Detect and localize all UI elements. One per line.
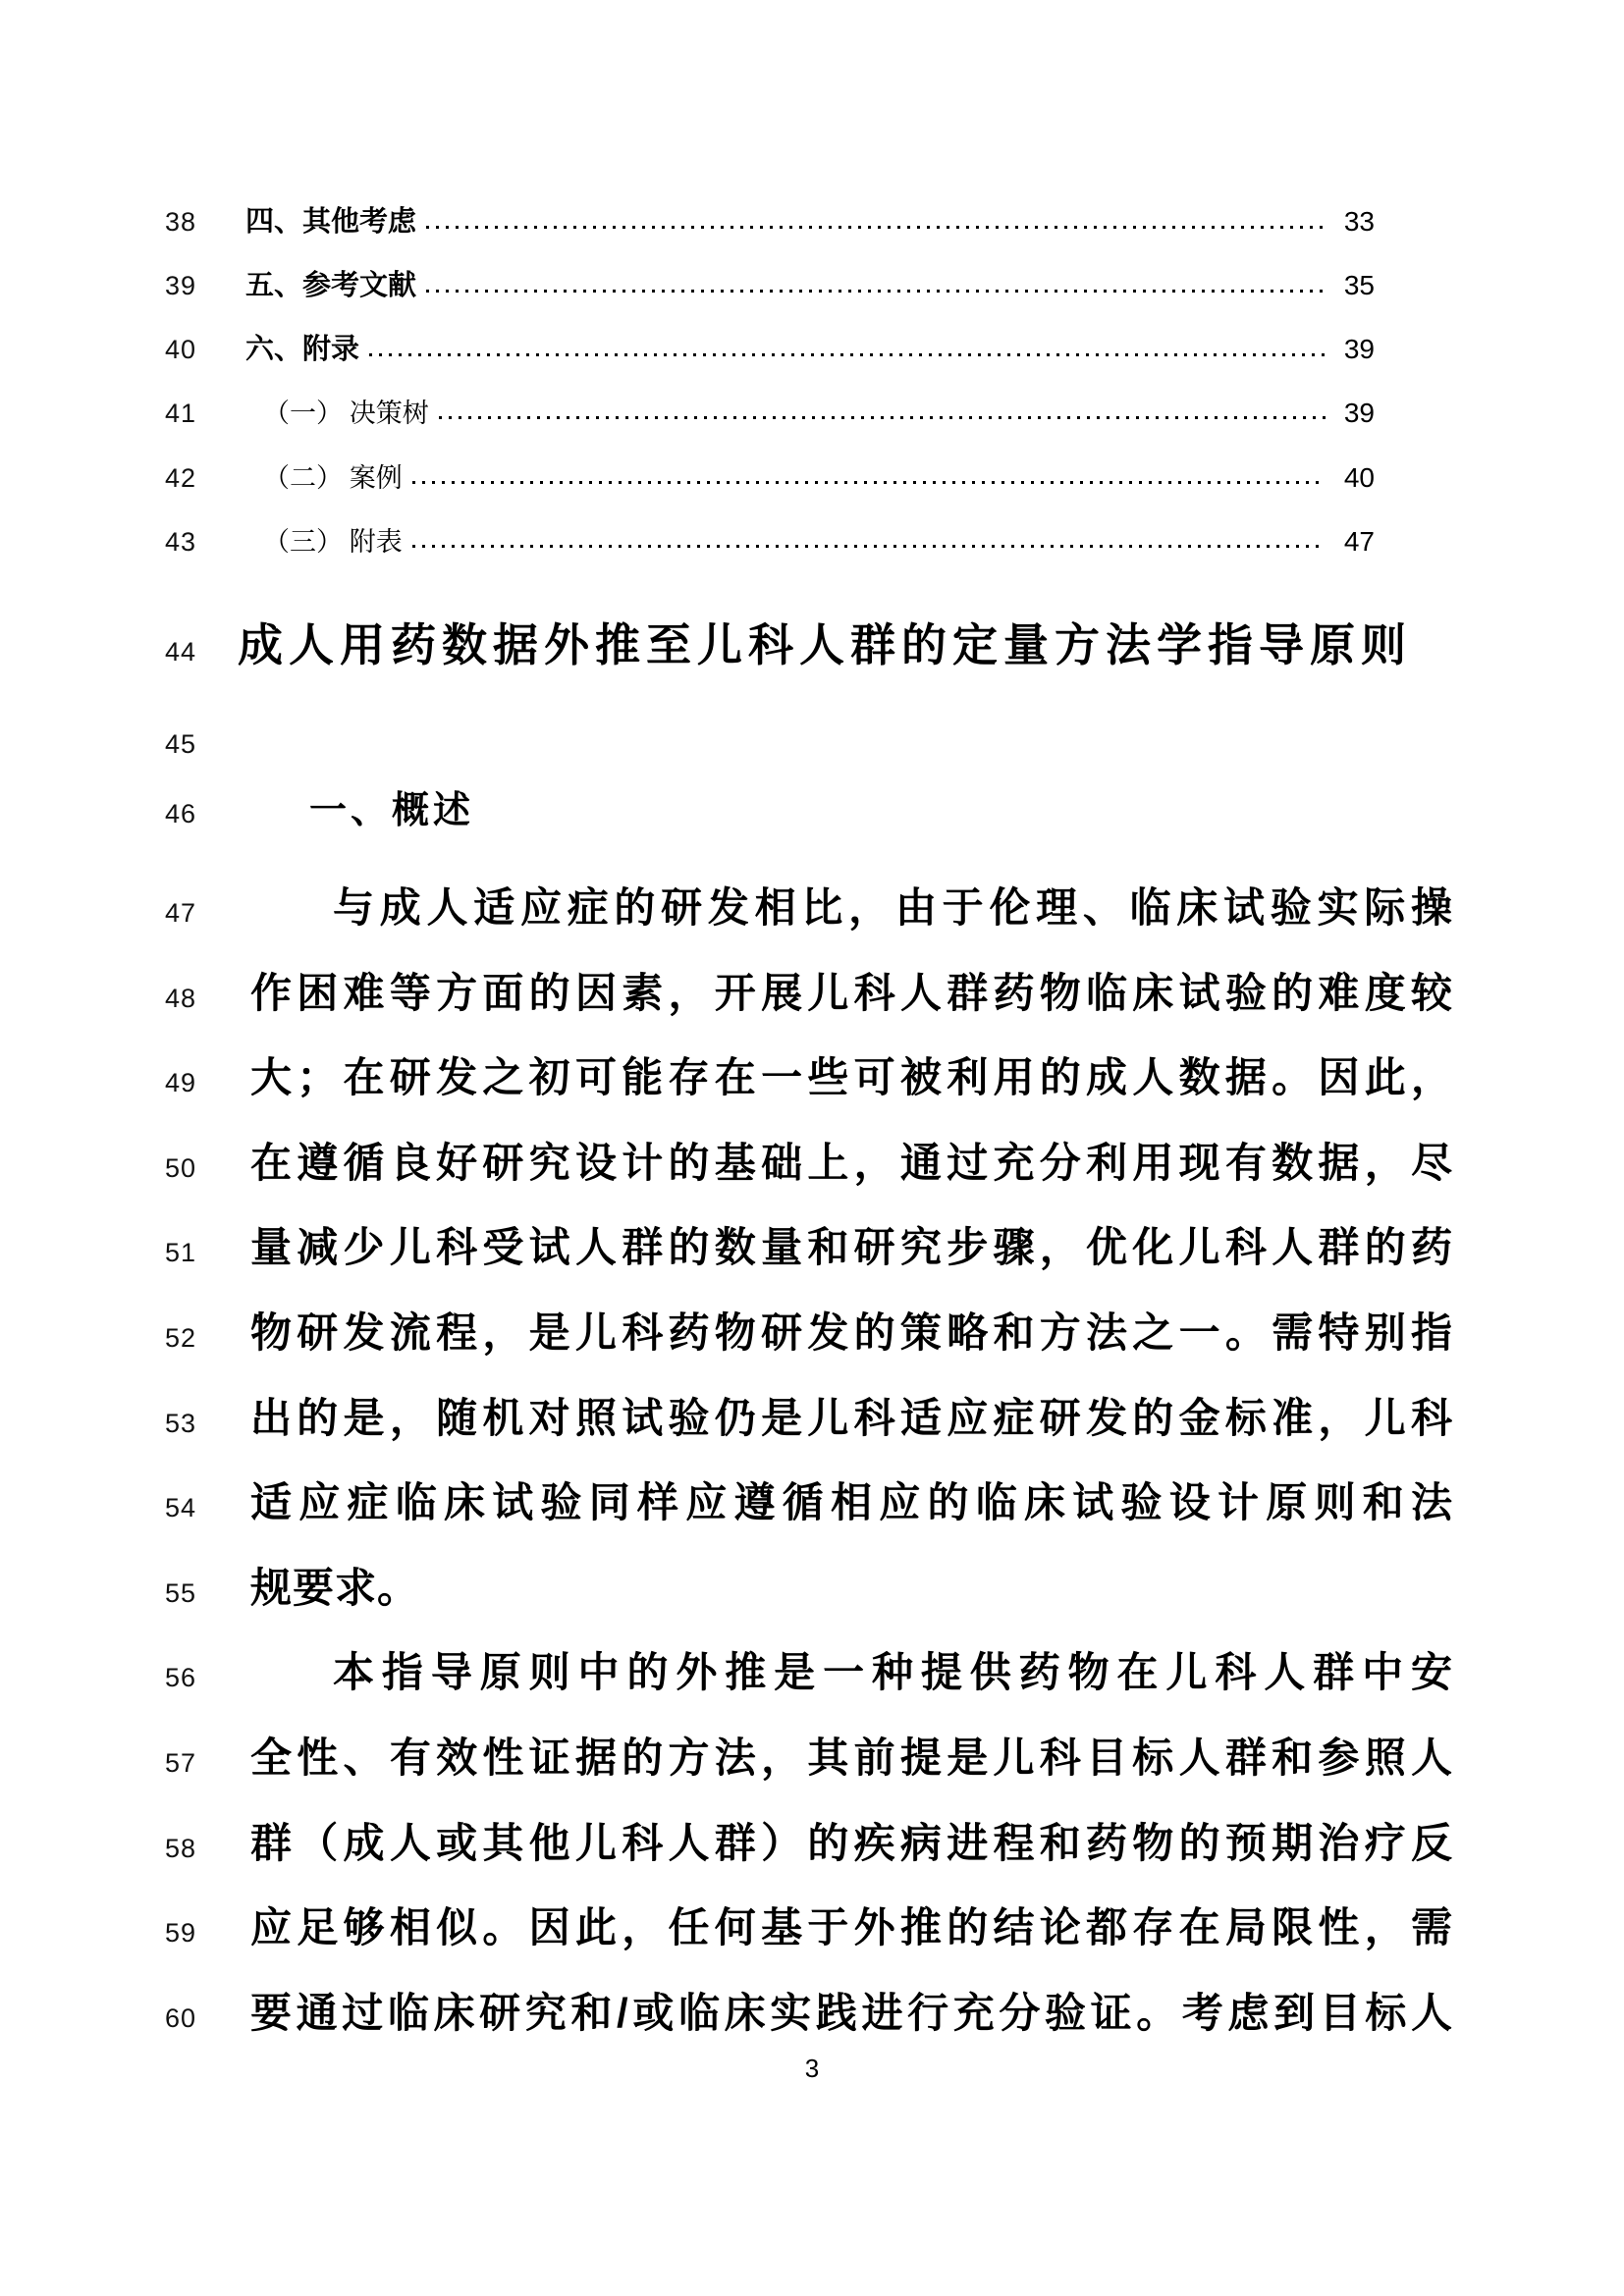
body-text-line: 出的是，随机对照试验仍是儿科适应症研发的金标准，儿科 [250, 1396, 1453, 1440]
body-text-line: 在遵循良好研究设计的基础上，通过充分利用现有数据，尽 [250, 1141, 1453, 1185]
line-number: 56 [88, 1664, 196, 1692]
line-number: 42 [88, 464, 196, 493]
toc-item-label[interactable]: 四、其他考虑 [245, 207, 416, 238]
line-number: 49 [88, 1069, 196, 1097]
body-text-line: 大；在研发之初可能存在一些可被利用的成人数据。因此， [250, 1055, 1453, 1099]
toc-page-number[interactable]: 39 [1333, 399, 1375, 428]
body-text-line: 群（成人或其他儿科人群）的疾病进程和药物的预期治疗反 [250, 1821, 1453, 1865]
line-number: 43 [88, 528, 196, 557]
toc-row: 42 （二） 案例 40 [88, 463, 1375, 493]
line-number: 48 [88, 985, 196, 1013]
line-number: 57 [88, 1749, 196, 1778]
toc-subitem-label[interactable]: （一） 决策树 [263, 400, 429, 428]
toc-page-number[interactable]: 35 [1333, 271, 1375, 300]
body-line-row: 51 量减少儿科受试人群的数量和研究步骤，优化儿科人群的药 [88, 1225, 1453, 1269]
line-number: 54 [88, 1494, 196, 1522]
line-number: 55 [88, 1579, 196, 1608]
body-line-row: 53 出的是，随机对照试验仍是儿科适应症研发的金标准，儿科 [88, 1396, 1453, 1440]
body-text-line: 规要求。 [250, 1566, 1453, 1610]
line-number: 59 [88, 1919, 196, 1948]
body-text-line: 本指导原则中的外推是一种提供药物在儿科人群中安 [250, 1650, 1453, 1694]
body-line-row: 55 规要求。 [88, 1566, 1453, 1610]
blank-line-row: 45 [88, 730, 196, 759]
line-number: 52 [88, 1324, 196, 1353]
body-line-row: 49 大；在研发之初可能存在一些可被利用的成人数据。因此， [88, 1055, 1453, 1099]
toc-dot-leader [412, 544, 1326, 548]
toc-subitem-label[interactable]: （三） 附表 [263, 528, 403, 557]
body-line-row: 48 作困难等方面的因素，开展儿科人群药物临床试验的难度较 [88, 971, 1453, 1015]
toc-dot-leader [412, 480, 1326, 484]
line-number: 53 [88, 1410, 196, 1438]
line-number: 41 [88, 400, 196, 428]
toc-page-number[interactable]: 47 [1333, 527, 1375, 557]
body-line-row: 50 在遵循良好研究设计的基础上，通过充分利用现有数据，尽 [88, 1141, 1453, 1185]
heading-row: 46 一、概述 [88, 791, 1453, 831]
line-number: 45 [88, 730, 196, 759]
document-title: 成人用药数据外推至儿科人群的定量方法学指导原则 [196, 621, 1453, 670]
line-number: 60 [88, 2004, 196, 2033]
section-heading: 一、概述 [309, 791, 474, 831]
toc-row: 38 四、其他考虑 33 [88, 207, 1375, 238]
body-line-row: 58 群（成人或其他儿科人群）的疾病进程和药物的预期治疗反 [88, 1821, 1453, 1865]
body-text-line: 与成人适应症的研发相比，由于伦理、临床试验实际操 [250, 885, 1453, 930]
body-text-line: 适应症临床试验同样应遵循相应的临床试验设计原则和法 [250, 1480, 1453, 1524]
body-text-line: 全性、有效性证据的方法，其前提是儿科目标人群和参照人 [250, 1735, 1453, 1780]
toc-row: 39 五、参考文献 35 [88, 271, 1375, 301]
line-number: 38 [88, 208, 196, 237]
line-number: 50 [88, 1154, 196, 1183]
toc-row: 43 （三） 附表 47 [88, 527, 1375, 557]
line-number: 46 [88, 800, 196, 828]
body-text-line: 要通过临床研究和/或临床实践进行充分验证。考虑到目标人 [250, 1991, 1453, 2035]
toc-page-number[interactable]: 39 [1333, 335, 1375, 364]
footer-page-number: 3 [0, 2054, 1624, 2084]
body-line-row: 60 要通过临床研究和/或临床实践进行充分验证。考虑到目标人 [88, 1991, 1453, 2035]
body-text-line: 物研发流程，是儿科药物研发的策略和方法之一。需特别指 [250, 1310, 1453, 1355]
title-row: 44 成人用药数据外推至儿科人群的定量方法学指导原则 [88, 621, 1453, 670]
toc-dot-leader [439, 415, 1326, 419]
toc-item-label[interactable]: 六、附录 [245, 335, 359, 365]
body-line-row: 47 与成人适应症的研发相比，由于伦理、临床试验实际操 [88, 885, 1453, 930]
line-number: 58 [88, 1835, 196, 1863]
body-line-row: 59 应足够相似。因此，任何基于外推的结论都存在局限性，需 [88, 1905, 1453, 1949]
document-page: 38 四、其他考虑 33 39 五、参考文献 35 40 六、附录 39 41 … [0, 0, 1624, 2296]
body-line-row: 52 物研发流程，是儿科药物研发的策略和方法之一。需特别指 [88, 1310, 1453, 1355]
body-line-row: 56 本指导原则中的外推是一种提供药物在儿科人群中安 [88, 1650, 1453, 1694]
line-number: 47 [88, 899, 196, 928]
toc-page-number[interactable]: 33 [1333, 207, 1375, 237]
body-line-row: 57 全性、有效性证据的方法，其前提是儿科目标人群和参照人 [88, 1735, 1453, 1780]
body-text-line: 量减少儿科受试人群的数量和研究步骤，优化儿科人群的药 [250, 1225, 1453, 1269]
toc-dot-leader [369, 352, 1326, 356]
body-text-line: 应足够相似。因此，任何基于外推的结论都存在局限性，需 [250, 1905, 1453, 1949]
toc-page-number[interactable]: 40 [1333, 463, 1375, 493]
toc-row: 41 （一） 决策树 39 [88, 399, 1375, 428]
toc-dot-leader [426, 289, 1326, 293]
line-number: 39 [88, 272, 196, 300]
toc-dot-leader [426, 225, 1326, 229]
line-number: 40 [88, 336, 196, 364]
line-number: 44 [88, 638, 196, 667]
toc-row: 40 六、附录 39 [88, 335, 1375, 365]
body-line-row: 54 适应症临床试验同样应遵循相应的临床试验设计原则和法 [88, 1480, 1453, 1524]
toc-item-label[interactable]: 五、参考文献 [245, 271, 416, 301]
line-number: 51 [88, 1239, 196, 1267]
toc-subitem-label[interactable]: （二） 案例 [263, 464, 403, 493]
body-text-line: 作困难等方面的因素，开展儿科人群药物临床试验的难度较 [250, 971, 1453, 1015]
